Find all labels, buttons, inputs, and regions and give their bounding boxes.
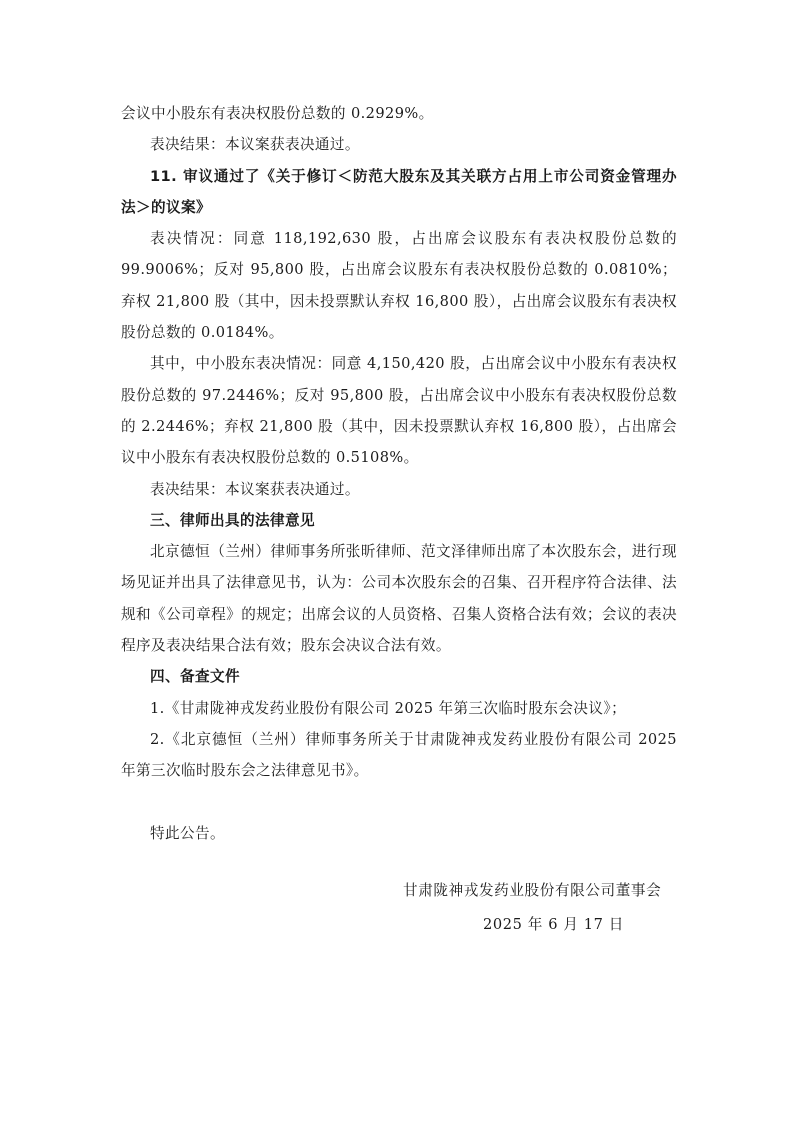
resolution-11-minority-vote: 其中，中小股东表决情况：同意 4,150,420 股，占出席会议中小股东有表决权… (121, 348, 677, 473)
closing-statement: 特此公告。 (121, 818, 677, 849)
reference-doc-1: 1.《甘肃陇神戎发药业股份有限公司 2025 年第三次临时股东会决议》； (121, 693, 677, 724)
section-3-heading: 三、律师出具的法律意见 (121, 505, 677, 536)
section-4-heading: 四、备查文件 (121, 661, 677, 692)
vote-result-10: 表决结果：本议案获表决通过。 (121, 129, 677, 160)
legal-opinion-paragraph: 北京德恒（兰州）律师事务所张昕律师、范文泽律师出席了本次股东会，进行现场见证并出… (121, 536, 677, 661)
document-body: 会议中小股东有表决权股份总数的 0.2929%。 表决结果：本议案获表决通过。 … (121, 98, 677, 849)
vote-result-11: 表决结果：本议案获表决通过。 (121, 474, 677, 505)
reference-doc-2: 2.《北京德恒（兰州）律师事务所关于甘肃陇神戎发药业股份有限公司 2025 年第… (121, 724, 677, 787)
signature-date: 2025 年 6 月 17 日 (483, 913, 624, 934)
resolution-11-vote-details: 表决情况：同意 118,192,630 股，占出席会议股东有表决权股份总数的 9… (121, 223, 677, 348)
spacer (121, 787, 677, 818)
paragraph-continuation: 会议中小股东有表决权股份总数的 0.2929%。 (121, 98, 677, 129)
resolution-11-heading: 11. 审议通过了《关于修订＜防范大股东及其关联方占用上市公司资金管理办法＞的议… (121, 161, 677, 224)
signature-company: 甘肃陇神戎发药业股份有限公司董事会 (403, 879, 661, 900)
